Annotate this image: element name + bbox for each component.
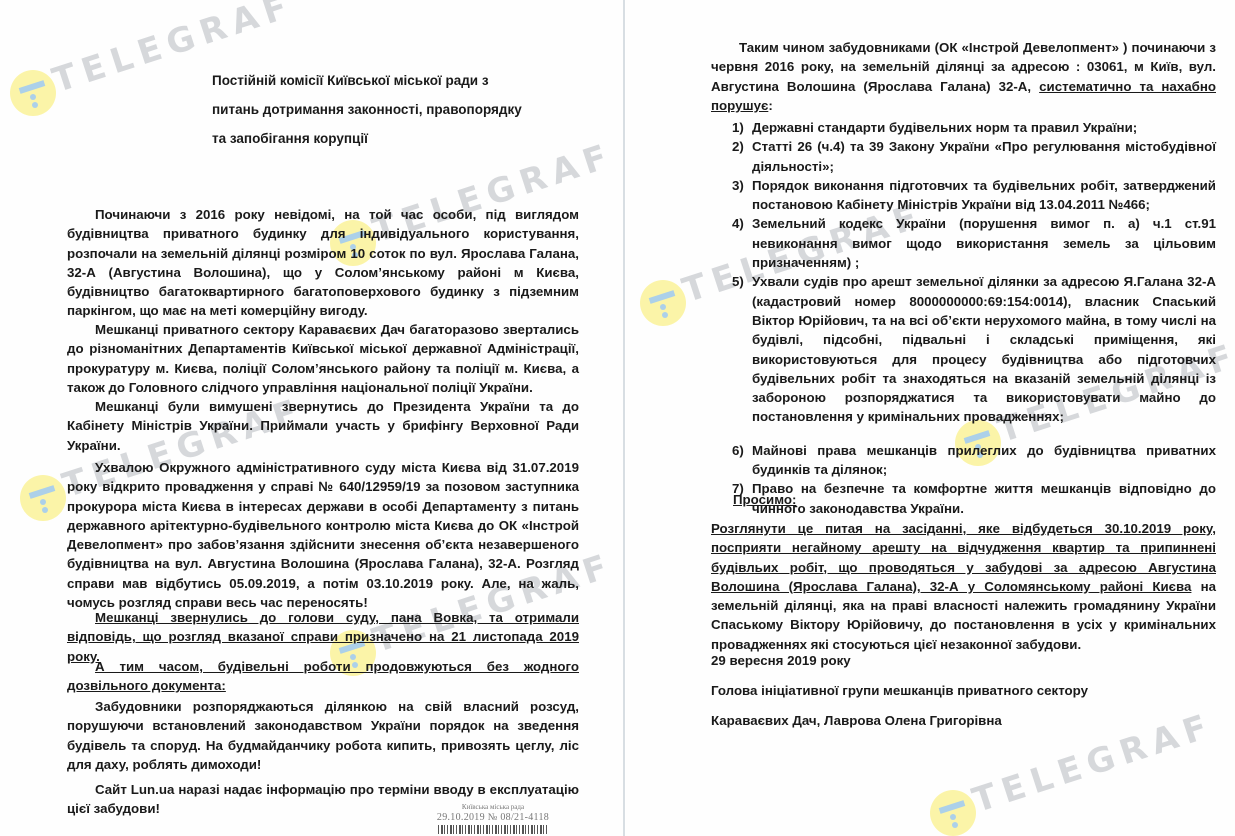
paragraph-intro: Починаючи з 2016 року невідомі, на той ч… xyxy=(67,205,579,321)
violations-list: 1)Державні стандарти будівельних норм та… xyxy=(732,118,1216,518)
paragraph-president: Мешканці були вимушені звернутись до Пре… xyxy=(67,397,579,455)
barcode xyxy=(438,825,548,834)
violation-item: 5)Ухвали судів про арешт земельної ділян… xyxy=(732,272,1216,426)
violation-item: 4)Земельний кодекс України (порушення ви… xyxy=(732,214,1216,272)
violation-text: Статті 26 (ч.4) та 39 Закону України «Пр… xyxy=(752,139,1216,173)
paragraph-no-permits: А тим часом, будівельні роботи продовжую… xyxy=(67,657,579,696)
violation-text: Майнові права мешканців прилеглих до буд… xyxy=(752,443,1216,477)
paragraph-violations-intro: Таким чином забудовниками (ОК «Інстрой Д… xyxy=(711,38,1216,115)
addressee-heading: Постійній комісії Київської міської ради… xyxy=(212,66,522,153)
page-divider xyxy=(623,0,625,836)
violation-number: 3) xyxy=(732,176,744,195)
violation-text: Порядок виконання підготовчих та будівел… xyxy=(752,178,1216,212)
violation-item: 7)Право на безпечне та комфортне життя м… xyxy=(732,479,1216,518)
violation-text: Ухвали судів про арешт земельної ділянки… xyxy=(752,274,1216,424)
paragraph-developers: Забудовники розпоряджаються ділянкою на … xyxy=(67,697,579,774)
letter-date: 29 вересня 2019 року xyxy=(711,653,851,668)
signature-title: Голова ініціативної групи мешканців прив… xyxy=(711,683,1088,698)
violation-text: Державні стандарти будівельних норм та п… xyxy=(752,120,1137,135)
violation-item: 2)Статті 26 (ч.4) та 39 Закону України «… xyxy=(732,137,1216,176)
paragraph-request: Розглянути це питая на засіданні, яке ві… xyxy=(711,519,1216,654)
registration-stamp: Київська міська рада 29.10.2019 № 08/21-… xyxy=(428,803,558,836)
violation-number: 6) xyxy=(732,441,744,460)
paragraph-court-ruling: Ухвалою Окружного адміністративного суду… xyxy=(67,458,579,612)
violation-item: 3)Порядок виконання підготовчих та будів… xyxy=(732,176,1216,215)
violation-number: 2) xyxy=(732,137,744,156)
paragraph-appeals: Мешканці приватного сектору Караваєвих Д… xyxy=(67,320,579,397)
violation-number: 1) xyxy=(732,118,744,137)
violation-item: 1)Державні стандарти будівельних норм та… xyxy=(732,118,1216,137)
violation-item: 6)Майнові права мешканців прилеглих до б… xyxy=(732,441,1216,480)
violation-number: 5) xyxy=(732,272,744,291)
violation-text: Право на безпечне та комфортне життя меш… xyxy=(752,481,1216,515)
signature-name: Караваєвих Дач, Лаврова Олена Григорівна xyxy=(711,713,1002,728)
violation-number: 4) xyxy=(732,214,744,233)
request-label: Просимо: xyxy=(733,490,796,509)
violation-text: Земельний кодекс України (порушення вимо… xyxy=(752,216,1216,270)
